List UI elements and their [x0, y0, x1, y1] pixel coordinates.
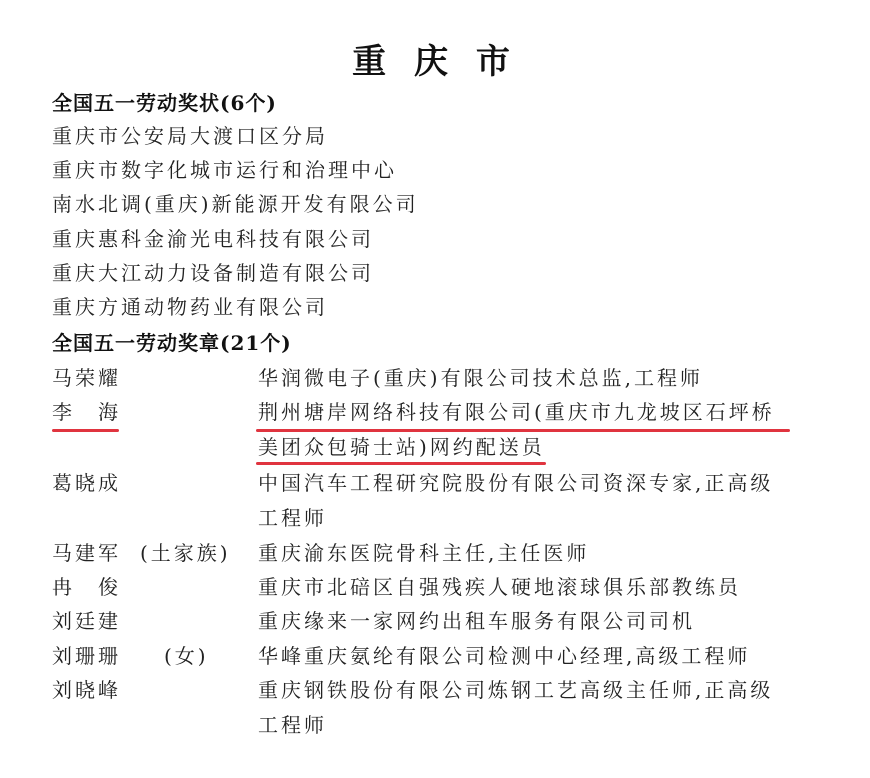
- awardee-name: 冉 俊: [52, 570, 121, 604]
- awardee-description: 重庆缘来一家网约出租车服务有限公司司机: [258, 604, 695, 638]
- highlight-underline-description-cont: [256, 462, 546, 465]
- awardee-description: 华润微电子(重庆)有限公司技术总监,工程师: [258, 361, 703, 395]
- page-title: 重 庆 市: [0, 40, 870, 84]
- awardee-gender-note: (女): [164, 639, 209, 673]
- awardee-description: 重庆渝东医院骨科主任,主任医师: [258, 536, 589, 570]
- awardee-description-cont: 工程师: [258, 708, 327, 742]
- certificate-item: 重庆市数字化城市运行和治理中心: [52, 155, 397, 185]
- awardee-ethnicity-note: (土家族): [140, 536, 231, 570]
- awardee-name: 李 海: [52, 395, 121, 429]
- awardee-name: 葛晓成: [52, 466, 121, 500]
- certificate-item: 重庆大江动力设备制造有限公司: [52, 258, 374, 288]
- awardee-description: 华峰重庆氨纶有限公司检测中心经理,高级工程师: [258, 639, 750, 673]
- awardee-description: 中国汽车工程研究院股份有限公司资深专家,正高级: [258, 466, 773, 500]
- certificate-item: 南水北调(重庆)新能源开发有限公司: [52, 189, 419, 219]
- awardee-name: 刘珊珊: [52, 639, 121, 673]
- awardee-name: 马建军: [52, 536, 121, 570]
- awardee-description: 荆州塘岸网络科技有限公司(重庆市九龙坡区石坪桥: [258, 395, 775, 429]
- awardee-name: 刘廷建: [52, 604, 121, 638]
- awardee-description: 重庆钢铁股份有限公司炼钢工艺高级主任师,正高级: [258, 673, 773, 707]
- section-heading-certificates: 全国五一劳动奖状(6个): [52, 88, 277, 118]
- section-heading-medals: 全国五一劳动奖章(21个): [52, 328, 292, 358]
- awardee-name: 马荣耀: [52, 361, 121, 395]
- awardee-description-cont: 美团众包骑士站)网约配送员: [258, 430, 545, 464]
- certificate-item: 重庆市公安局大渡口区分局: [52, 121, 328, 151]
- highlight-underline-name: [52, 429, 119, 432]
- awardee-description: 重庆市北碚区自强残疾人硬地滚球俱乐部教练员: [258, 570, 741, 604]
- awardee-name: 刘晓峰: [52, 673, 121, 707]
- certificate-item: 重庆方通动物药业有限公司: [52, 292, 328, 322]
- awardee-description-cont: 工程师: [258, 501, 327, 535]
- certificate-item: 重庆惠科金渝光电科技有限公司: [52, 224, 374, 254]
